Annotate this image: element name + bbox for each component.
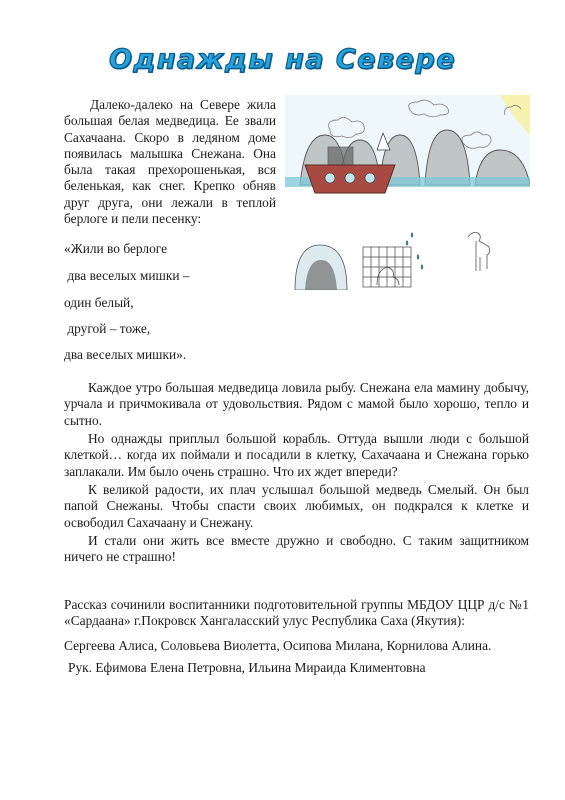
song-line: «Жили во берлоге <box>64 241 167 257</box>
intro-text: Далеко-далеко на Севере жила большая бел… <box>64 97 276 227</box>
song-line: другой – тоже, <box>64 321 150 337</box>
story-paragraph: Но однажды приплыл большой корабль. Отту… <box>64 431 529 480</box>
song-line: два веселых мишки». <box>64 347 186 363</box>
credits-authors: Сергеева Алиса, Соловьева Виолетта, Осип… <box>64 638 529 654</box>
song-line: два веселых мишки – <box>64 268 190 284</box>
story-paragraph: Каждое утро большая медведица ловила рыб… <box>64 380 529 429</box>
story-paragraph: К великой радости, их плач услышал больш… <box>64 482 529 531</box>
cage-icon <box>363 247 411 287</box>
song-line: один белый, <box>64 295 134 311</box>
bear-icon <box>468 233 490 272</box>
intro-paragraph: Далеко-далеко на Севере жила большая бел… <box>64 97 276 227</box>
credits-authors-intro: Рассказ сочинили воспитанники подготовит… <box>64 597 529 630</box>
credits-supervisors: Рук. Ефимова Елена Петровна, Ильина Мира… <box>68 660 533 676</box>
tears <box>406 233 423 270</box>
page-title: Однажды на Севере <box>0 44 565 75</box>
den-icon <box>295 245 347 290</box>
childrens-drawing <box>285 95 530 290</box>
story-paragraph: И стали они жить все вместе дружно и сво… <box>64 533 529 566</box>
